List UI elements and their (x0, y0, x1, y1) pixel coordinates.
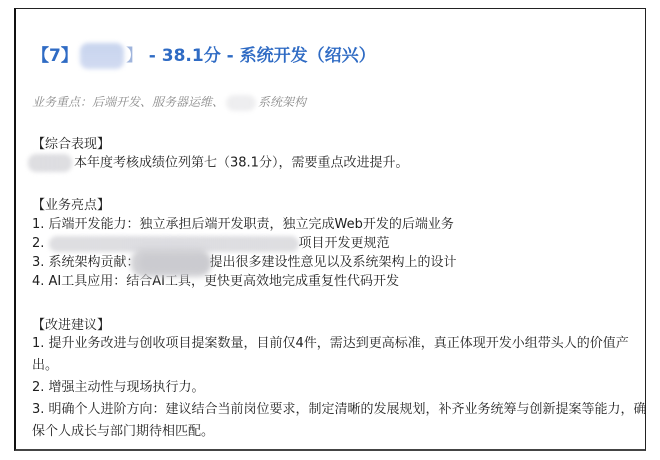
suggestion-item: 2. 增强主动性与现场执行力。 (32, 377, 652, 399)
redacted-name (28, 154, 72, 172)
separator: - (221, 46, 240, 66)
business-focus: 业务重点：后端开发、服务器运维、系统架构 (32, 94, 306, 111)
page-title: 【7】】 - 38.1分 - 系统开发（绍兴） (32, 43, 376, 69)
redacted-focus (226, 95, 256, 111)
focus-suffix: 系统架构 (258, 95, 306, 109)
redacted-name (80, 43, 124, 69)
overall-body: 本年度考核成绩位列第七（38.1分），需要重点改进提升。 (74, 156, 408, 171)
department: 系统开发（绍兴） (240, 46, 376, 66)
suggestion-item: 3. 明确个人进阶方向：建议结合当前岗位要求，制定清晰的发展规划，补齐业务统筹与… (32, 399, 652, 443)
score: 38.1分 (162, 46, 221, 66)
document-frame: 【7】】 - 38.1分 - 系统开发（绍兴） 业务重点：后端开发、服务器运维、… (14, 8, 646, 451)
separator: - (143, 46, 162, 66)
highlight-item: 2. 项目开发更规范 (32, 235, 390, 253)
rank-label: 【7】 (32, 46, 78, 66)
bracket-close: 】 (126, 46, 143, 66)
overall-heading: 【综合表现】 (32, 136, 110, 154)
redaction-smudge (131, 249, 211, 277)
overall-text: 本年度考核成绩位列第七（38.1分），需要重点改进提升。 (28, 154, 408, 173)
focus-prefix: 业务重点：后端开发、服务器运维、 (32, 95, 224, 109)
suggestion-item: 1. 提升业务改进与创收项目提案数量，目前仅4件，需达到更高标准，真正体现开发小… (32, 333, 652, 377)
highlight-item: 1. 后端开发能力：独立承担后端开发职责，独立完成Web开发的后端业务 (32, 216, 454, 234)
highlight-item: 3. 系统架构贡献：提出很多建设性意见以及系统架构上的设计 (32, 254, 457, 272)
highlights-heading: 【业务亮点】 (32, 197, 110, 215)
highlight-item: 4. AI工具应用：结合AI工具，更快更高效地完成重复性代码开发 (32, 273, 399, 291)
